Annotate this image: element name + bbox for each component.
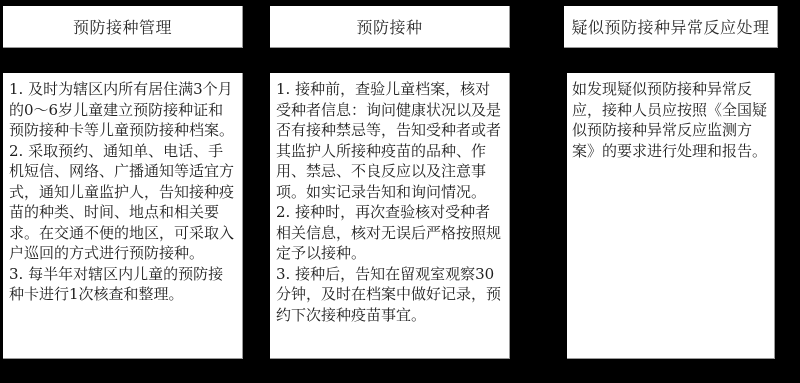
header-label: 预防接种管理 [73, 15, 172, 38]
header-label: 预防接种 [356, 15, 422, 38]
list-item: 3. 接种后，告知在留观室观察30分钟，及时在档案中做好记录，预约下次接种疫苗事… [276, 264, 504, 326]
content-adverse-reaction-handling: 如发现疑似预防接种异常反应，接种人员应按照《全国疑似预防接种异常反应监测方案》的… [567, 73, 775, 359]
header-adverse-reaction-handling: 疑似预防接种异常反应处理 [564, 6, 778, 48]
list-item: 如发现疑似预防接种异常反应，接种人员应按照《全国疑似预防接种异常反应监测方案》的… [572, 79, 769, 161]
content-vaccination-management: 1. 及时为辖区内所有居住满3个月的0～6岁儿童建立预防接种证和预防接种卡等儿童… [3, 73, 243, 359]
header-vaccination-management: 预防接种管理 [3, 6, 243, 48]
list-item: 2. 采取预约、通知单、电话、手机短信、网络、广播通知等适宜方式，通知儿童监护人… [9, 141, 237, 264]
list-item: 3. 每半年对辖区内儿童的预防接种卡进行1次核查和整理。 [9, 264, 237, 305]
header-label: 疑似预防接种异常反应处理 [571, 15, 769, 38]
content-vaccination: 1. 接种前，查验儿童档案，核对受种者信息：询问健康状况以及是否有接种禁忌等，告… [270, 73, 510, 359]
list-item: 1. 及时为辖区内所有居住满3个月的0～6岁儿童建立预防接种证和预防接种卡等儿童… [9, 79, 237, 141]
list-item: 1. 接种前，查验儿童档案，核对受种者信息：询问健康状况以及是否有接种禁忌等，告… [276, 79, 504, 202]
list-item: 2. 接种时，再次查验核对受种者相关信息，核对无误后严格按照规定予以接种。 [276, 202, 504, 264]
header-vaccination: 预防接种 [270, 6, 510, 48]
